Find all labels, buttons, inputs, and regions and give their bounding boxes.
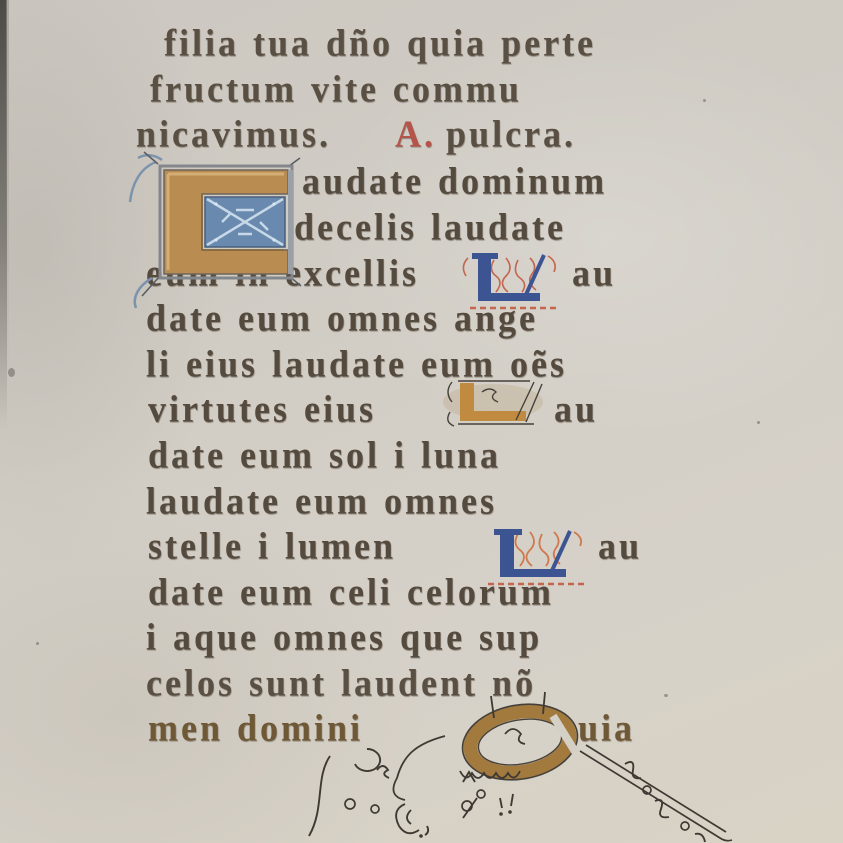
verse-text: decelis laudate <box>294 206 566 248</box>
text-line-4: audate dominum <box>302 160 607 202</box>
illuminated-initial-large-L-art <box>126 150 304 310</box>
text-line-3: nicavimus.A.pulcra. <box>136 113 576 155</box>
illuminated-initial-large-L <box>126 150 304 310</box>
verse-text: filia tua dño quia perte <box>164 22 596 64</box>
speck <box>757 421 760 424</box>
verse-text: stelle i lumen <box>148 525 396 567</box>
text-line-11: laudate eum omnes <box>146 480 497 522</box>
initial-letter-value: L <box>460 250 461 251</box>
speck <box>36 642 39 645</box>
manuscript-page: filia tua dño quia perte fructum vite co… <box>0 0 843 843</box>
verse-text: au <box>554 388 598 430</box>
text-line-6-after-initial: au <box>572 252 616 294</box>
verse-text: pulcra. <box>446 113 576 155</box>
flourish-spirals <box>309 749 705 842</box>
silver-band <box>288 170 293 274</box>
initial-letter-value: L <box>482 526 483 527</box>
verse-text: au <box>598 525 642 567</box>
verse-text: virtutes eius <box>148 388 376 430</box>
page-edge-highlight <box>6 0 9 380</box>
initial-letter-value: L <box>438 378 439 379</box>
verse-text: nicavimus. <box>136 113 331 155</box>
Q-tail <box>580 745 732 841</box>
verse-text: au <box>572 252 616 294</box>
text-line-14: i aque omnes que sup <box>146 616 542 658</box>
verse-text: audate dominum <box>302 160 607 202</box>
orange-filigree <box>515 532 581 566</box>
antiphon-mark: A. <box>395 113 436 155</box>
text-line-5: decelis laudate <box>294 206 566 248</box>
illuminated-initial-blue-L-2: L <box>482 526 596 588</box>
text-line-9: virtutes eius <box>148 388 376 430</box>
illuminated-initial-gold-L: L <box>438 378 552 430</box>
blue-cadel-flourish <box>130 155 162 308</box>
illuminated-initial-gold-L-art: L <box>438 378 552 430</box>
text-line-12-after-initial: au <box>598 525 642 567</box>
verse-text: date eum sol i luna <box>148 434 501 476</box>
pen-flourish-art <box>295 686 843 843</box>
illuminated-initial-blue-L-1: L <box>460 250 568 312</box>
text-line-12: stelle i lumen <box>148 525 396 567</box>
illuminated-initial-blue-L-1-art: L <box>460 250 568 312</box>
text-line-9-after-initial: au <box>554 388 598 430</box>
verse-text: fructum vite commu <box>150 68 522 110</box>
flourish-circles <box>345 786 689 830</box>
illuminated-initial-Q-and-flourishes <box>295 686 843 843</box>
text-line-2: fructum vite commu <box>150 68 522 110</box>
illuminated-initial-blue-L-2-art: L <box>482 526 596 588</box>
text-line-1: filia tua dño quia perte <box>164 22 596 64</box>
verse-text: laudate eum omnes <box>146 480 497 522</box>
verse-text: i aque omnes que sup <box>146 616 542 658</box>
text-line-10: date eum sol i luna <box>148 434 501 476</box>
ink-blot <box>8 368 15 377</box>
speck <box>703 99 706 102</box>
